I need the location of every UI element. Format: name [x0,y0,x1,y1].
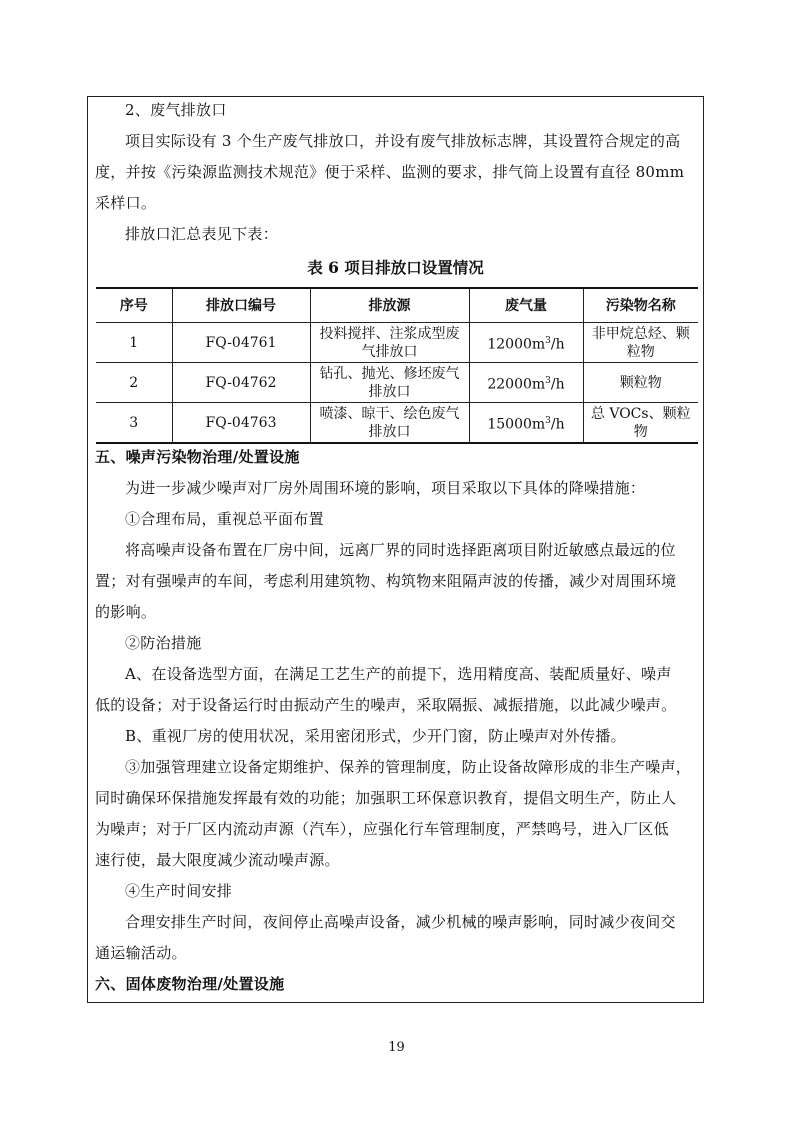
paragraph-line: 排放口汇总表见下表： [95,227,696,242]
cell-code: FQ-04762 [172,363,310,403]
cell-code: FQ-04763 [172,403,310,444]
paragraph-line: 通运输活动。 [95,946,696,961]
column-header: 污染物名称 [583,288,698,323]
paragraph-line: 低的设备；对于设备运行时由振动产生的噪声，采取隔振、减振措施，以此减少噪声。 [95,698,696,713]
item-title: ④生产时间安排 [95,884,696,899]
paragraph-line: 项目实际设有 3 个生产废气排放口，并设有废气排放标志牌，其设置符合规定的高 [95,134,696,149]
cell-code: FQ-04761 [172,323,310,363]
table-row: 3 FQ-04763 喷漆、晾干、绘色废气排放口 15000m3/h 总 VOC… [96,403,698,444]
paragraph-line: 速行使，最大限度减少流动噪声源。 [95,853,696,868]
column-header: 废气量 [469,288,583,323]
cell-pollutant: 非甲烷总烃、颗粒物 [583,323,698,363]
paragraph-line: 为噪声；对于厂区内流动声源（汽车），应强化行车管理制度，严禁鸣号，进入厂区低 [95,822,696,837]
paragraph-line: 合理安排生产时间，夜间停止高噪声设备，减少机械的噪声影响，同时减少夜间交 [95,915,696,930]
item-title: ②防治措施 [95,636,696,651]
table-row: 1 FQ-04761 投料搅拌、注浆成型废气排放口 12000m3/h 非甲烷总… [96,323,698,363]
column-header: 排放源 [310,288,469,323]
table-header-row: 序号 排放口编号 排放源 废气量 污染物名称 [96,288,698,323]
table-caption: 表 6 项目排放口设置情况 [88,256,703,278]
content-frame: 2、废气排放口 项目实际设有 3 个生产废气排放口，并设有废气排放标志牌，其设置… [87,96,704,1003]
table-row: 2 FQ-04762 钻孔、抛光、修坯废气排放口 22000m3/h 颗粒物 [96,363,698,403]
cell-flow: 22000m3/h [469,363,583,403]
paragraph-line: A、在设备选型方面，在满足工艺生产的前提下，选用精度高、装配质量好、噪声 [95,667,696,682]
cell-flow: 15000m3/h [469,403,583,444]
cell-pollutant: 颗粒物 [583,363,698,403]
column-header: 排放口编号 [172,288,310,323]
page-number: 19 [0,1040,793,1055]
section-heading-solid-waste: 六、固体废物治理/处置设施 [95,977,696,992]
paragraph-line: 度，并按《污染源监测技术规范》便于采样、监测的要求，排气筒上设置有直径 80mm [95,165,696,180]
cell-no: 2 [96,363,172,403]
paragraph-line: ③加强管理建立设备定期维护、保养的管理制度，防止设备故障形成的非生产噪声， [95,760,696,775]
cell-no: 1 [96,323,172,363]
cell-source: 钻孔、抛光、修坯废气排放口 [310,363,469,403]
emission-outlets-table: 序号 排放口编号 排放源 废气量 污染物名称 1 FQ-04761 投料搅拌、注… [96,287,698,444]
item-title: ①合理布局，重视总平面布置 [95,512,696,527]
cell-flow: 12000m3/h [469,323,583,363]
subheading-exhaust-outlets: 2、废气排放口 [95,103,696,118]
paragraph-line: 同时确保环保措施发挥最有效的功能；加强职工环保意识教育，提倡文明生产，防止人 [95,791,696,806]
paragraph-line: 为进一步减少噪声对厂房外周围环境的影响，项目采取以下具体的降噪措施： [95,481,696,496]
column-header: 序号 [96,288,172,323]
paragraph-line: B、重视厂房的使用状况，采用密闭形式，少开门窗，防止噪声对外传播。 [95,729,696,744]
section-heading-noise: 五、噪声污染物治理/处置设施 [95,450,696,465]
paragraph-line: 的影响。 [95,605,696,620]
cell-pollutant: 总 VOCs、颗粒物 [583,403,698,444]
paragraph-line: 置；对有强噪声的车间，考虑利用建筑物、构筑物来阻隔声波的传播，减少对周围环境 [95,574,696,589]
paragraph-line: 将高噪声设备布置在厂房中间，远离厂界的同时选择距离项目附近敏感点最远的位 [95,543,696,558]
paragraph-line: 采样口。 [95,196,696,211]
cell-source: 投料搅拌、注浆成型废气排放口 [310,323,469,363]
cell-source: 喷漆、晾干、绘色废气排放口 [310,403,469,444]
cell-no: 3 [96,403,172,444]
